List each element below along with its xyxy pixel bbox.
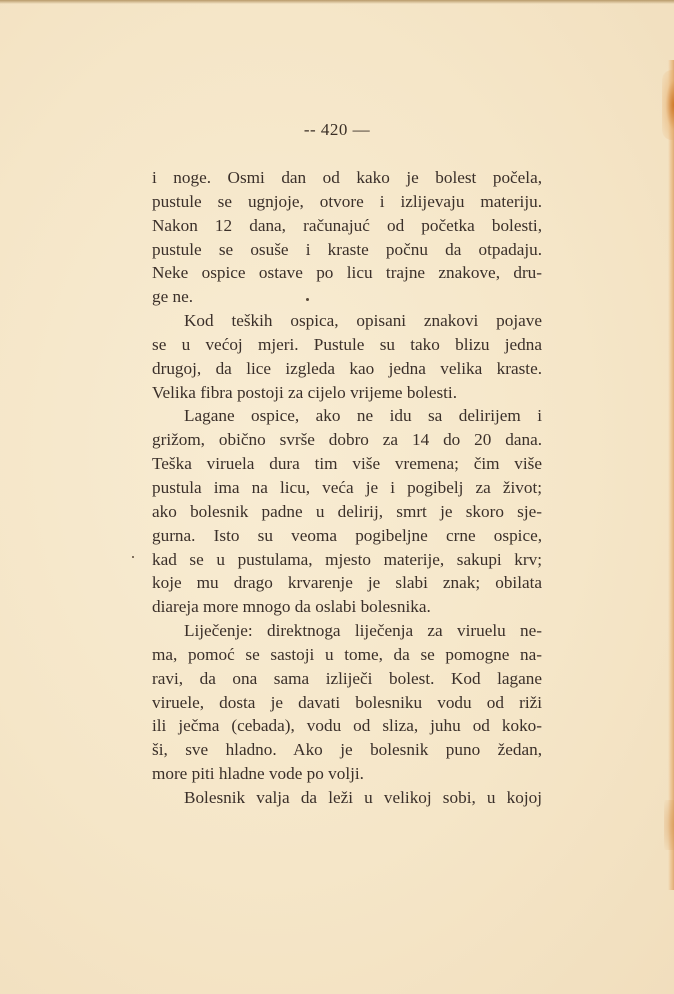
text-line: kad se u pustulama, mjesto materije, sak…	[152, 548, 542, 572]
text-line: diareja more mnogo da oslabi bolesnika.	[152, 595, 542, 619]
text-line: koje mu drago krvarenje je slabi znak; o…	[152, 571, 542, 595]
paragraph-first-line: Kod teških ospica, opisani znakovi pojav…	[152, 309, 542, 333]
text-line: Nakon 12 dana, računajuć od početka bole…	[152, 214, 542, 238]
paragraph-first-line: Lagane ospice, ako ne idu sa delirijem i	[152, 404, 542, 428]
paragraph-first-line: Liječenje: direktnoga liječenja za virue…	[152, 619, 542, 643]
text-line: ako bolesnik padne u delirij, smrt je sk…	[152, 500, 542, 524]
text-line: ravi, da ona sama izliječi bolest. Kod l…	[152, 667, 542, 691]
text-line: ma, pomoć se sastoji u tome, da se pomog…	[152, 643, 542, 667]
page-stain-bottom	[664, 800, 674, 850]
text-line: se u većoj mjeri. Pustule su tako blizu …	[152, 333, 542, 357]
text-line: pustula ima na licu, veća je i pogibelj …	[152, 476, 542, 500]
text-line: i noge. Osmi dan od kako je bolest počel…	[152, 166, 542, 190]
text-line: viruele, dosta je davati bolesniku vodu …	[152, 691, 542, 715]
body-text: i noge. Osmi dan od kako je bolest počel…	[152, 166, 542, 810]
text-line: Teška viruela dura tim više vremena; čim…	[152, 452, 542, 476]
text-line: pustule se ugnjoje, otvore i izlijevaju …	[152, 190, 542, 214]
book-page: -- 420 — i noge. Osmi dan od kako je bol…	[0, 0, 674, 994]
text-line: Velika fibra postoji za cijelo vrijeme b…	[152, 381, 542, 405]
text-line: grižom, obično svrše dobro za 14 do 20 d…	[152, 428, 542, 452]
text-line: Neke ospice ostave po licu trajne znakov…	[152, 261, 542, 285]
text-line: ši, sve hladno. Ako je bolesnik puno žed…	[152, 738, 542, 762]
text-line: drugoj, da lice izgleda kao jedna velika…	[152, 357, 542, 381]
ink-speck	[132, 556, 134, 558]
text-line: pustule se osuše i kraste počnu da otpad…	[152, 238, 542, 262]
page-right-edge-stain	[668, 60, 674, 890]
page-top-edge	[0, 0, 674, 4]
page-number: -- 420 —	[0, 120, 674, 140]
text-line: more piti hladne vode po volji.	[152, 762, 542, 786]
paragraph-first-line: Bolesnik valja da leži u velikoj sobi, u…	[152, 786, 542, 810]
text-line: ili ječma (cebada), vodu od sliza, juhu …	[152, 714, 542, 738]
text-line: ge ne.	[152, 285, 542, 309]
text-line: gurna. Isto su veoma pogibeljne crne osp…	[152, 524, 542, 548]
